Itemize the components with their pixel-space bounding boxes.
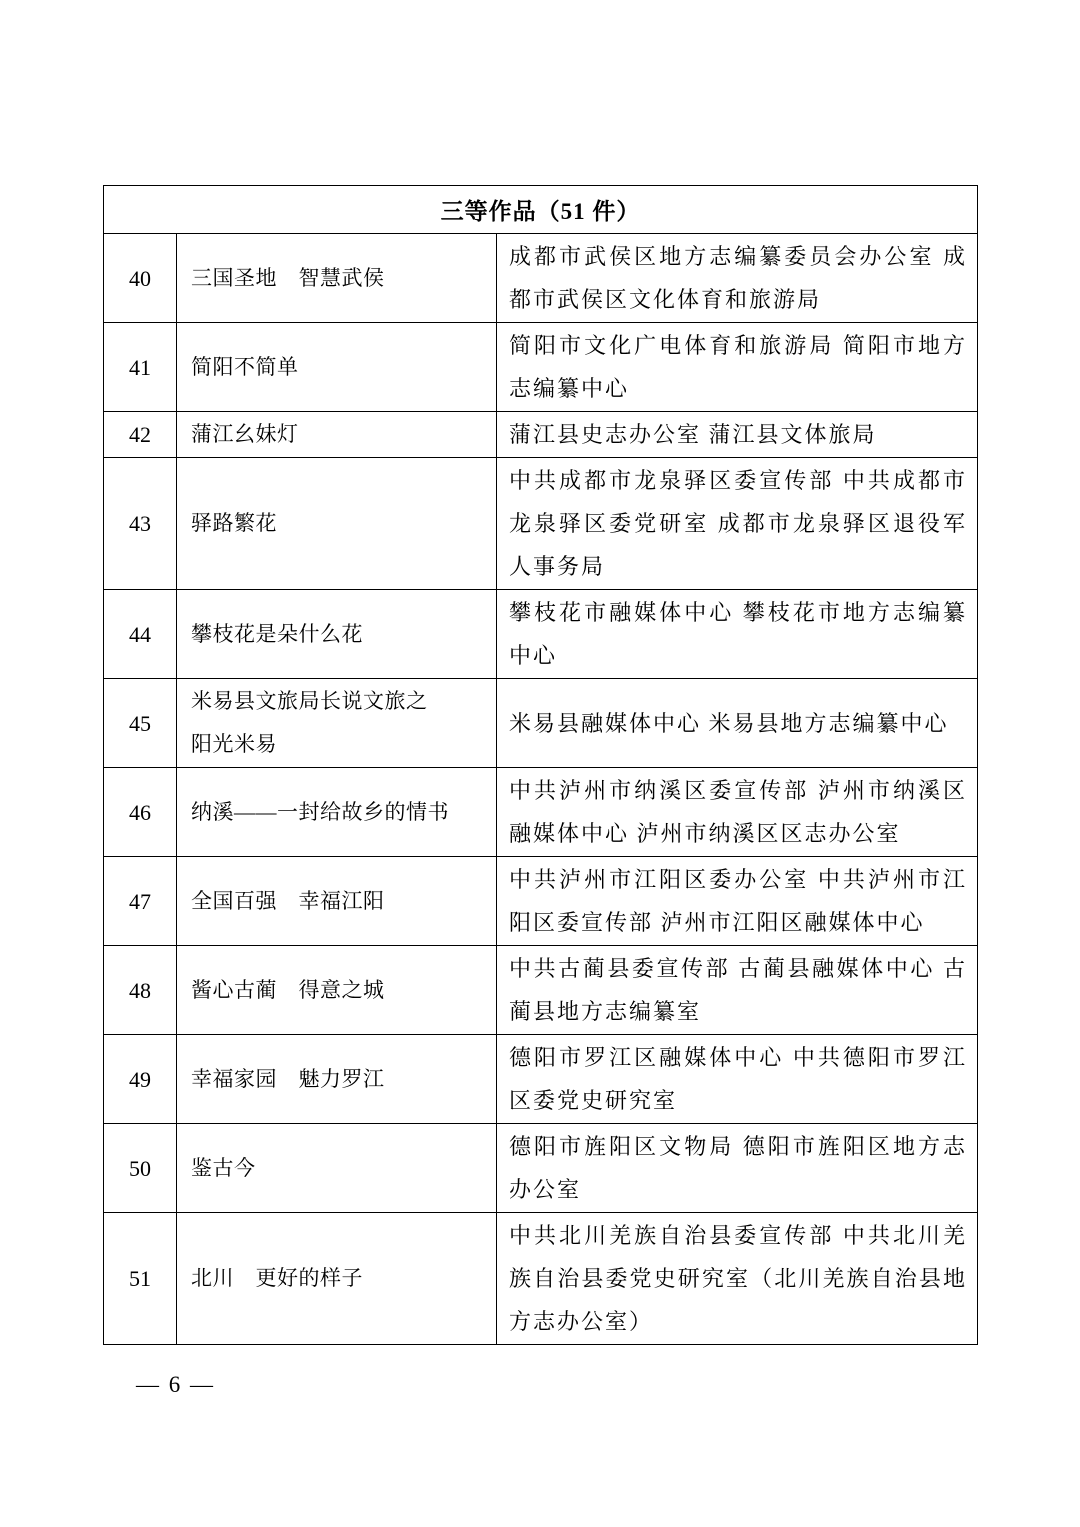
row-number: 51: [104, 1213, 177, 1345]
work-title: 简阳不简单: [177, 323, 497, 412]
work-title: 全国百强 幸福江阳: [177, 857, 497, 946]
org-names: 米易县融媒体中心 米易县地方志编纂中心: [497, 679, 978, 768]
table-body: 40 三国圣地 智慧武侯 成都市武侯区地方志编纂委员会办公室 成都市武侯区文化体…: [104, 234, 978, 1345]
row-number: 50: [104, 1124, 177, 1213]
work-title: 纳溪——一封给故乡的情书: [177, 768, 497, 857]
table-row: 40 三国圣地 智慧武侯 成都市武侯区地方志编纂委员会办公室 成都市武侯区文化体…: [104, 234, 978, 323]
work-title: 驿路繁花: [177, 458, 497, 590]
table-row: 47 全国百强 幸福江阳 中共泸州市江阳区委办公室 中共泸州市江阳区委宣传部 泸…: [104, 857, 978, 946]
row-number: 44: [104, 590, 177, 679]
awards-table: 三等作品（51 件） 40 三国圣地 智慧武侯 成都市武侯区地方志编纂委员会办公…: [103, 185, 978, 1345]
row-number: 49: [104, 1035, 177, 1124]
work-title: 幸福家园 魅力罗江: [177, 1035, 497, 1124]
table-header-row: 三等作品（51 件）: [104, 186, 978, 234]
org-names: 德阳市罗江区融媒体中心 中共德阳市罗江区委党史研究室: [497, 1035, 978, 1124]
org-names: 中共泸州市纳溪区委宣传部 泸州市纳溪区融媒体中心 泸州市纳溪区区志办公室: [497, 768, 978, 857]
org-names: 中共泸州市江阳区委办公室 中共泸州市江阳区委宣传部 泸州市江阳区融媒体中心: [497, 857, 978, 946]
org-names: 成都市武侯区地方志编纂委员会办公室 成都市武侯区文化体育和旅游局: [497, 234, 978, 323]
row-number: 46: [104, 768, 177, 857]
row-number: 45: [104, 679, 177, 768]
table-row: 42 蒲江幺妹灯 蒲江县史志办公室 蒲江县文体旅局: [104, 412, 978, 458]
org-names: 中共古蔺县委宣传部 古蔺县融媒体中心 古蔺县地方志编纂室: [497, 946, 978, 1035]
table-row: 41 简阳不简单 简阳市文化广电体育和旅游局 简阳市地方志编纂中心: [104, 323, 978, 412]
table-row: 45 米易县文旅局长说文旅之 阳光米易 米易县融媒体中心 米易县地方志编纂中心: [104, 679, 978, 768]
work-title: 米易县文旅局长说文旅之 阳光米易: [177, 679, 497, 768]
table-row: 48 酱心古蔺 得意之城 中共古蔺县委宣传部 古蔺县融媒体中心 古蔺县地方志编纂…: [104, 946, 978, 1035]
org-names: 简阳市文化广电体育和旅游局 简阳市地方志编纂中心: [497, 323, 978, 412]
table-section-header: 三等作品（51 件）: [104, 186, 978, 234]
work-title: 三国圣地 智慧武侯: [177, 234, 497, 323]
table-row: 51 北川 更好的样子 中共北川羌族自治县委宣传部 中共北川羌族自治县委党史研究…: [104, 1213, 978, 1345]
work-title: 酱心古蔺 得意之城: [177, 946, 497, 1035]
row-number: 43: [104, 458, 177, 590]
page-number: — 6 —: [136, 1372, 215, 1398]
row-number: 47: [104, 857, 177, 946]
table-row: 44 攀枝花是朵什么花 攀枝花市融媒体中心 攀枝花市地方志编纂中心: [104, 590, 978, 679]
work-title: 北川 更好的样子: [177, 1213, 497, 1345]
org-names: 德阳市旌阳区文物局 德阳市旌阳区地方志办公室: [497, 1124, 978, 1213]
table-row: 46 纳溪——一封给故乡的情书 中共泸州市纳溪区委宣传部 泸州市纳溪区融媒体中心…: [104, 768, 978, 857]
table-row: 50 鉴古今 德阳市旌阳区文物局 德阳市旌阳区地方志办公室: [104, 1124, 978, 1213]
org-names: 中共成都市龙泉驿区委宣传部 中共成都市龙泉驿区委党研室 成都市龙泉驿区退役军人事…: [497, 458, 978, 590]
table-row: 49 幸福家园 魅力罗江 德阳市罗江区融媒体中心 中共德阳市罗江区委党史研究室: [104, 1035, 978, 1124]
table-row: 43 驿路繁花 中共成都市龙泉驿区委宣传部 中共成都市龙泉驿区委党研室 成都市龙…: [104, 458, 978, 590]
row-number: 48: [104, 946, 177, 1035]
row-number: 41: [104, 323, 177, 412]
work-title: 攀枝花是朵什么花: [177, 590, 497, 679]
org-names: 中共北川羌族自治县委宣传部 中共北川羌族自治县委党史研究室（北川羌族自治县地方志…: [497, 1213, 978, 1345]
work-title: 鉴古今: [177, 1124, 497, 1213]
work-title: 蒲江幺妹灯: [177, 412, 497, 458]
org-names: 攀枝花市融媒体中心 攀枝花市地方志编纂中心: [497, 590, 978, 679]
org-names: 蒲江县史志办公室 蒲江县文体旅局: [497, 412, 978, 458]
row-number: 42: [104, 412, 177, 458]
document-page: 三等作品（51 件） 40 三国圣地 智慧武侯 成都市武侯区地方志编纂委员会办公…: [0, 0, 1080, 1527]
row-number: 40: [104, 234, 177, 323]
